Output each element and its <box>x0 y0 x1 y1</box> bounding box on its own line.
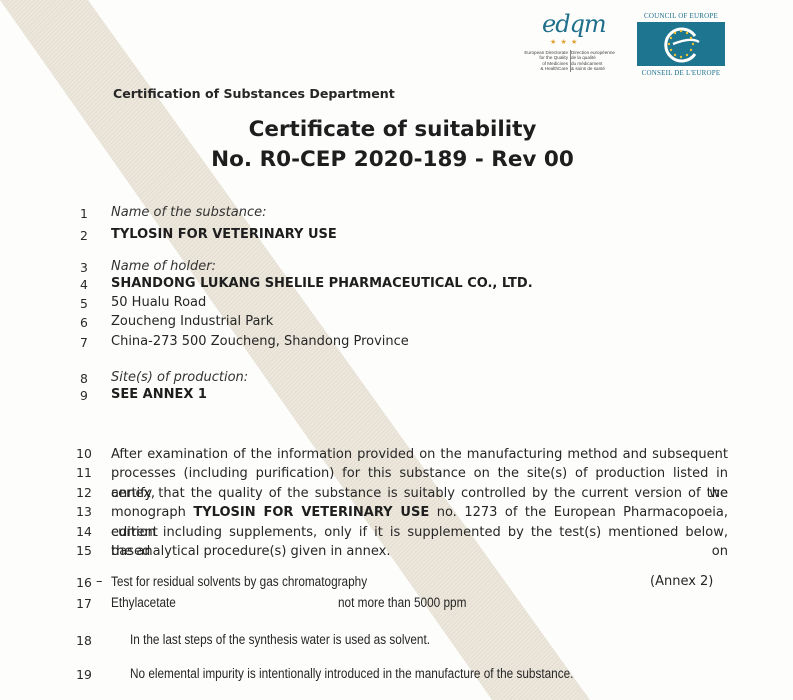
edqm-logo: edqm ★ ★ ★ European Directorate for the … <box>514 10 626 80</box>
line-number: 10 <box>74 446 94 461</box>
line-number: 3 <box>74 260 94 275</box>
monograph-name: TYLOSIN FOR VETERINARY USE <box>193 505 429 520</box>
residual-solvents-test: Test for residual solvents by gas chroma… <box>111 574 367 589</box>
line-number: 5 <box>74 296 94 311</box>
statement-line: edition including supplements, only if i… <box>111 523 728 542</box>
coe-emblem-box <box>637 22 725 66</box>
line-number: 19 <box>74 667 94 682</box>
bullet-dash: – <box>96 574 103 589</box>
line-number: 1 <box>74 206 94 221</box>
line-number: 17 <box>74 596 94 611</box>
statement-line: certify that the quality of the substanc… <box>111 484 728 503</box>
statement-line: processes (including purification) for t… <box>111 464 728 483</box>
line-number: 7 <box>74 335 94 350</box>
holder-name: SHANDONG LUKANG SHELILE PHARMACEUTICAL C… <box>111 276 533 291</box>
holder-address-park: Zoucheng Industrial Park <box>111 314 273 329</box>
coe-emblem-icon <box>637 22 725 66</box>
production-sites-value: SEE ANNEX 1 <box>111 387 207 402</box>
line-number: 13 <box>74 504 94 519</box>
department-name: Certification of Substances Department <box>113 86 395 101</box>
line-number: 8 <box>74 371 94 386</box>
council-of-europe-logo: COUNCIL OF EUROPE CONSEIL DE L'EUROPE <box>635 12 727 78</box>
line-number: 2 <box>74 228 94 243</box>
edqm-wordmark: edqm <box>542 10 606 38</box>
holder-address-street: 50 Hualu Road <box>111 295 206 310</box>
production-sites-label: Site(s) of production: <box>111 370 248 385</box>
certification-statement: After examination of the information pro… <box>111 445 728 561</box>
line-number: 15 <box>74 543 94 558</box>
annex-reference: (Annex 2) <box>650 574 713 589</box>
certificate-number: No. R0-CEP 2020-189 - Rev 00 <box>0 147 785 172</box>
coe-top-label: COUNCIL OF EUROPE <box>635 12 727 20</box>
elemental-impurity-note: No elemental impurity is intentionally i… <box>130 666 573 681</box>
solvent-name: Ethylacetate <box>111 595 176 610</box>
statement-line: After examination of the information pro… <box>111 445 728 464</box>
line-number: 14 <box>74 524 94 539</box>
line-number: 12 <box>74 485 94 500</box>
holder-label: Name of holder: <box>111 259 216 274</box>
solvent-limit: not more than 5000 ppm <box>338 595 466 610</box>
substance-label: Name of the substance: <box>111 205 266 220</box>
holder-address-city: China-273 500 Zoucheng, Shandong Provinc… <box>111 334 409 349</box>
line-number: 18 <box>74 633 94 648</box>
line-number: 4 <box>74 277 94 292</box>
line-number: 6 <box>74 315 94 330</box>
certificate-title: Certificate of suitability <box>0 117 785 142</box>
edqm-subtitle-fr: Direction européenne de la qualité du mé… <box>571 50 627 72</box>
edqm-subtitle-en: European Directorate for the Quality of … <box>516 50 571 72</box>
coe-bottom-label: CONSEIL DE L'EUROPE <box>635 69 727 77</box>
line-number: 9 <box>74 388 94 403</box>
line-number: 11 <box>74 465 94 480</box>
substance-name: TYLOSIN FOR VETERINARY USE <box>111 227 337 242</box>
synthesis-solvent-note: In the last steps of the synthesis water… <box>130 632 430 647</box>
line-number: 16 <box>74 575 94 590</box>
edqm-stars-icon: ★ ★ ★ <box>550 38 578 46</box>
statement-line: monograph TYLOSIN FOR VETERINARY USE no.… <box>111 503 728 522</box>
